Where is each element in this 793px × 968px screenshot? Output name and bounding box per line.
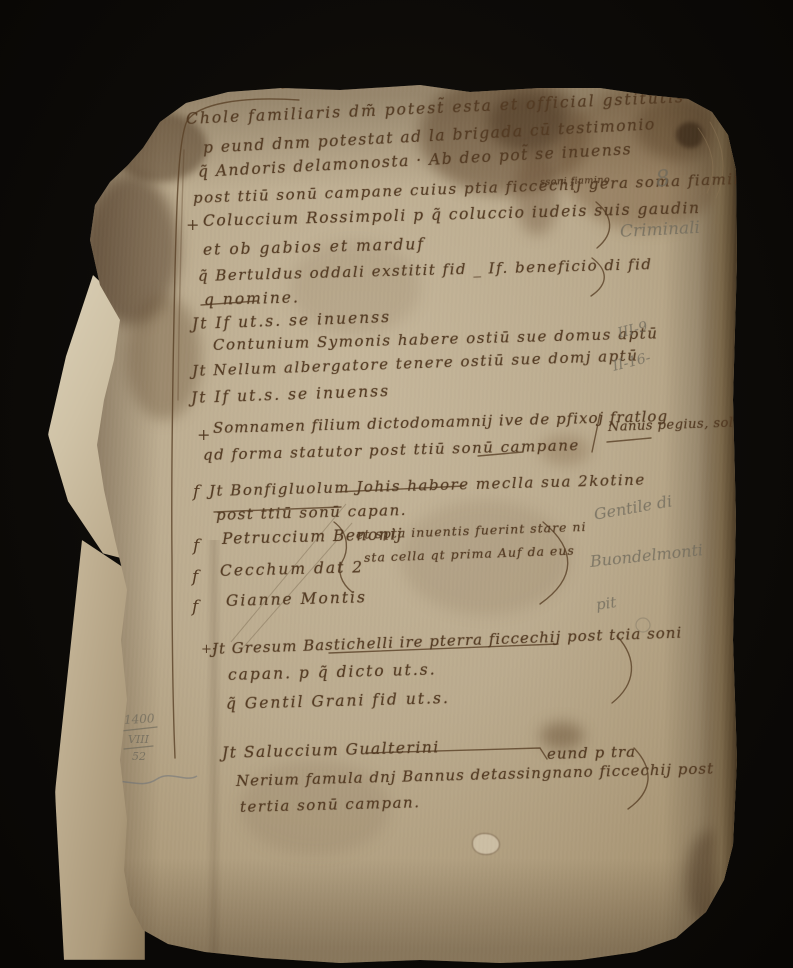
manuscript-line: Jt If ut.s. se inuenss xyxy=(192,308,392,333)
page-heading: die xxiij xyxy=(287,51,348,78)
manuscript-line: tertia sonū campan. xyxy=(240,793,421,816)
manuscript-photo: die xxiij Chole familiaris dm̃ potest̃ e… xyxy=(0,0,793,968)
margin-f-mark: f xyxy=(193,536,199,556)
shelfmark-folio: 52 xyxy=(132,750,146,763)
shelfmark-volume: VIII xyxy=(128,733,149,746)
shelfmark-year: 1400 xyxy=(124,711,155,727)
page-crease xyxy=(206,540,222,960)
manuscript-line: Somnamen filium dictodomamnij ive de pfi… xyxy=(213,407,668,437)
manuscript-line: Nerium famula dnj Bannus detassingnano f… xyxy=(236,759,715,790)
manuscript-line: Gianne Montis xyxy=(226,588,367,610)
manuscript-line: et ob gabios et marduf xyxy=(203,235,425,259)
pencil-glyph-8: 8 xyxy=(654,166,671,193)
margin-cross-mark: + xyxy=(197,425,210,444)
margin-cross-mark: +· xyxy=(201,642,216,657)
margin-f-mark: f xyxy=(192,597,198,617)
manuscript-line: q̃ Bertuldus oddali exstitit fid _ If. b… xyxy=(198,255,653,285)
manuscript-line: q̃ Gentil Grani fid ut.s. xyxy=(226,689,450,713)
pencil-criminali: Criminali xyxy=(619,218,700,242)
stain xyxy=(686,830,741,930)
manuscript-line: capan. p q̃ dicto ut.s. xyxy=(228,661,437,684)
manuscript-line: Jt Saluccium Gualterini xyxy=(222,738,440,762)
manuscript-line: qd forma statutor post ttiū sonū campane xyxy=(203,436,580,464)
stain xyxy=(676,122,704,148)
margin-f-mark: f xyxy=(193,482,199,502)
pencil-pit: pit xyxy=(595,593,618,614)
manuscript-line: post ttiū sonū capan. xyxy=(216,501,407,524)
paper-flaw xyxy=(472,833,500,855)
manuscript-side-note: et spta inuentis fuerint stare ni xyxy=(356,519,587,542)
manuscript-line: Jt If ut.s. se inuenss xyxy=(191,382,391,407)
margin-f-mark: f xyxy=(192,567,198,587)
manuscript-line: Jt Gresum Bastichelli ire pterra ficcech… xyxy=(212,624,683,658)
manuscript-line: Cecchum dat 2 xyxy=(220,558,365,580)
manuscript-side-note: sta cella qt prima Auf da eus xyxy=(364,543,575,565)
pencil-buondelmonti: Buondelmonti xyxy=(589,540,704,571)
manuscript-line: Jt Bonfigluolum Johis habore meclla sua … xyxy=(209,471,646,500)
stain xyxy=(126,295,201,420)
margin-cross-mark: + xyxy=(186,215,199,234)
book-fore-edge xyxy=(698,96,740,938)
manuscript-line: q nomine. xyxy=(204,288,300,309)
pencil-gentile: Gentile di xyxy=(592,491,673,523)
manuscript-line: eund p tra xyxy=(547,743,637,763)
